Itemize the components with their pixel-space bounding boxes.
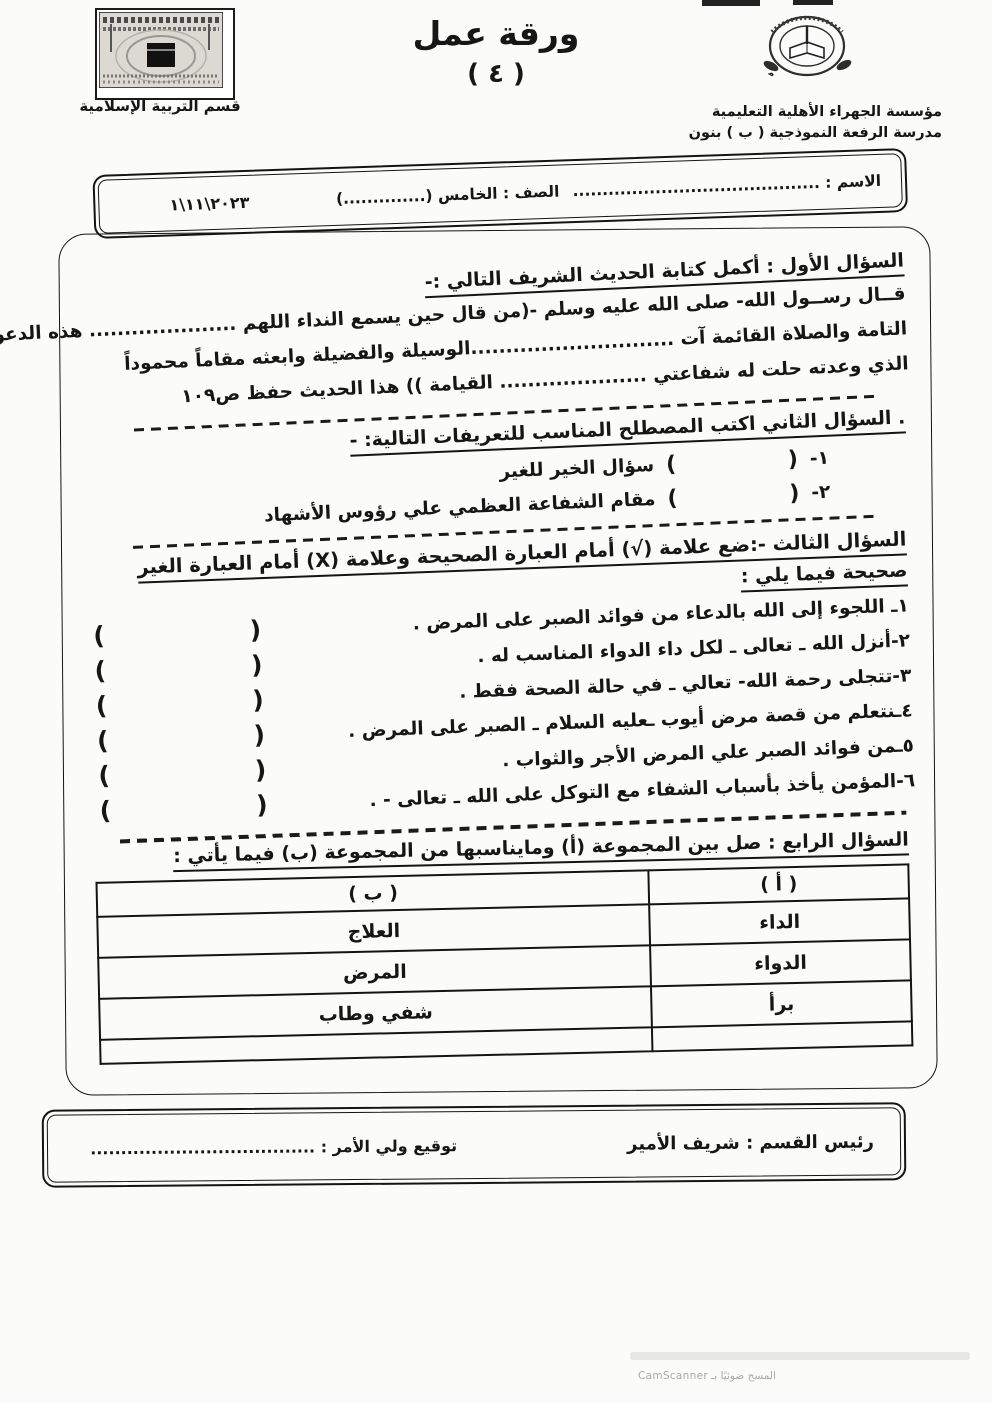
name-field-label: الاسم : ................................… bbox=[573, 172, 881, 200]
signature-footer: رئيس القسم : شريف الأمير توقيع ولي الأمر… bbox=[42, 1102, 907, 1188]
close-paren: ) bbox=[252, 684, 265, 715]
worksheet-title-block: ورقة عمل ( ٤ ) bbox=[378, 14, 614, 89]
guardian-signature-line: توقيع ولي الأمر : ......................… bbox=[90, 1136, 457, 1158]
kaaba-photo-frame bbox=[95, 8, 235, 100]
open-paren: ( bbox=[667, 486, 678, 511]
worksheet-number: ( ٤ ) bbox=[378, 59, 614, 89]
answer-blank-parentheses: ( ) bbox=[666, 446, 799, 477]
answer-blank-parentheses: () bbox=[95, 684, 264, 721]
cell-a: الداء bbox=[649, 898, 910, 945]
open-paren: ( bbox=[666, 452, 677, 477]
scan-artifact bbox=[630, 1352, 970, 1360]
date-value: ٢٠٢٣\١١\١ bbox=[119, 191, 300, 216]
scan-artifact bbox=[702, 0, 760, 6]
department-head-name: رئيس القسم : شريف الأمير bbox=[627, 1131, 874, 1154]
svg-text:مدرسة الرفعة النموذجية: مدرسة الرفعة النموذجية bbox=[740, 8, 777, 80]
close-paren: ) bbox=[253, 719, 266, 750]
answer-blank-parentheses: ( ) bbox=[667, 480, 800, 511]
class-field-label: الصف : الخامس (..............) bbox=[313, 183, 560, 209]
cell-a: الدواء bbox=[650, 939, 911, 986]
answer-blank-parentheses: () bbox=[93, 614, 262, 651]
answer-blank-parentheses: () bbox=[97, 719, 266, 756]
answer-blank-parentheses: () bbox=[94, 649, 263, 686]
close-paren: ) bbox=[789, 480, 800, 505]
open-paren: ( bbox=[97, 725, 110, 756]
close-paren: ) bbox=[250, 649, 263, 680]
cell-a: برأ bbox=[651, 980, 912, 1027]
column-a-header: ( أ ) bbox=[649, 864, 910, 904]
matching-table: ( أ ) ( ب ) الداء العلاج الدواء المرض بر… bbox=[96, 863, 914, 1064]
worksheet-page: قسم التربية الإسلامية ورقة عمل ( ٤ ) مدر… bbox=[0, 0, 992, 1403]
close-paren: ) bbox=[249, 614, 262, 645]
logo-bottom-text: مدرسة الرفعة النموذجية bbox=[740, 8, 777, 80]
answer-blank-parentheses: () bbox=[98, 754, 267, 791]
answer-blank-parentheses: () bbox=[99, 789, 268, 826]
kaaba-image-icon bbox=[99, 12, 223, 88]
open-paren: ( bbox=[95, 690, 108, 721]
student-info-bar: الاسم : ................................… bbox=[92, 148, 908, 239]
org-line-2: مدرسة الرفعة النموذجية ( ب ) بنون bbox=[612, 123, 942, 144]
questions-container: السؤال الأول : أكمل كتابة الحديث الشريف … bbox=[58, 226, 937, 1096]
question-3-section: السؤال الثالث -:ضع علامة (√) أمام العبار… bbox=[84, 527, 916, 843]
close-paren: ) bbox=[254, 754, 267, 785]
definition-text: سؤال الخير للغير bbox=[499, 455, 654, 482]
item-number: ١- bbox=[809, 447, 829, 469]
question-4-section: السؤال الرابع : صل بين المجموعة (أ) وماي… bbox=[87, 828, 914, 1065]
scan-artifact bbox=[793, 0, 833, 5]
camscanner-watermark: المسح ضوئيًا بـ CamScanner bbox=[638, 1370, 776, 1382]
question-1-section: السؤال الأول : أكمل كتابة الحديث الشريف … bbox=[82, 249, 910, 433]
definition-text: مقام الشفاعة العظمي علي رؤوس الأشهاد bbox=[264, 488, 656, 525]
open-paren: ( bbox=[99, 795, 112, 826]
open-paren: ( bbox=[98, 760, 111, 791]
question-3-heading-line2: صحيحة فيما يلي : bbox=[740, 559, 908, 592]
department-label: قسم التربية الإسلامية bbox=[70, 97, 250, 115]
school-logo: مدرسة الرفعة النموذجية bbox=[740, 8, 880, 104]
close-paren: ) bbox=[787, 446, 798, 471]
open-paren: ( bbox=[94, 655, 107, 686]
school-emblem-icon: مدرسة الرفعة النموذجية bbox=[740, 8, 880, 104]
item-number: ٢- bbox=[811, 481, 831, 503]
school-name-block: مؤسسة الجهراء الأهلية التعليمية مدرسة ال… bbox=[612, 102, 942, 144]
org-line-1: مؤسسة الجهراء الأهلية التعليمية bbox=[612, 102, 942, 123]
close-paren: ) bbox=[256, 789, 269, 820]
open-paren: ( bbox=[93, 620, 106, 651]
page-title: ورقة عمل bbox=[378, 14, 614, 53]
